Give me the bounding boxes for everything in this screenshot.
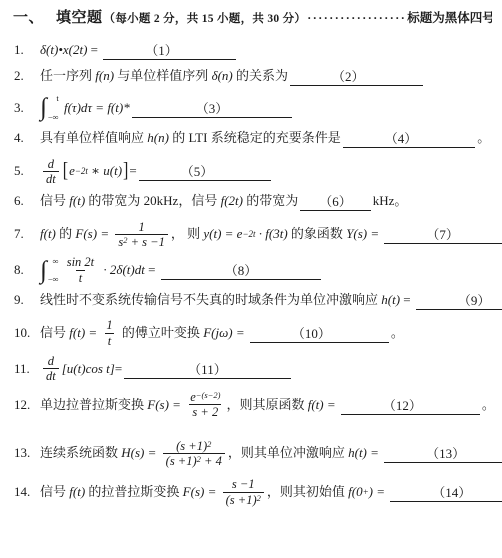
answer-blank: （7） xyxy=(384,228,502,244)
question-row: 8.∫∞−∞sin 2tt · 2δ(t)dt = （8） xyxy=(13,255,492,285)
question-number: 7. xyxy=(13,226,40,242)
answer-blank: （8） xyxy=(161,264,322,280)
integral-lower-limit: −∞ xyxy=(48,275,59,284)
answer-blank: （14） xyxy=(390,486,502,502)
blank-number: （13） xyxy=(424,447,467,462)
integral-sign: ∫ xyxy=(40,97,47,118)
integral-lower-limit: −∞ xyxy=(48,113,59,122)
superscript: 2 xyxy=(207,439,211,449)
answer-blank: （3） xyxy=(132,102,293,118)
section-title: 一、 填空题 （每小题 2 分，共 15 小题，共 30 分） ········… xyxy=(13,9,492,28)
text: 信号 xyxy=(40,325,69,341)
answer-blank: （12） xyxy=(341,399,480,415)
blank-line xyxy=(132,116,194,117)
blank-line xyxy=(492,308,502,309)
text: 的拉普拉斯变换 xyxy=(85,484,183,500)
question-body: ddt[e−2t ∗ u(t)]=（5） xyxy=(40,157,273,187)
fraction: (s +1)2(s +1)2 + 4 xyxy=(163,439,225,469)
math-expression: t xyxy=(108,334,111,348)
question-number: 14. xyxy=(13,484,40,500)
question-number: 6. xyxy=(13,193,40,209)
fraction-numerator: 1 xyxy=(135,220,147,234)
section-number: 一、 xyxy=(13,9,44,28)
blank-line xyxy=(259,278,321,279)
blank-number: （2） xyxy=(330,70,367,85)
text: = xyxy=(129,163,136,179)
text: 任一序列 xyxy=(40,68,95,84)
question-number: 12. xyxy=(13,397,40,413)
math-expression: y(t) = e xyxy=(203,226,242,242)
math-expression: 1 xyxy=(138,220,144,234)
math-expression: d xyxy=(48,157,54,171)
blank-line xyxy=(461,242,502,243)
math-expression: d xyxy=(48,354,54,368)
blank-line xyxy=(180,58,236,59)
fraction-denominator: s + 2 xyxy=(189,404,221,419)
blank-number: （4） xyxy=(383,132,420,147)
blank-line xyxy=(341,413,381,414)
math-expression: f(t) = xyxy=(69,325,100,341)
text: = xyxy=(87,42,101,58)
math-expression: f(2t) xyxy=(221,193,243,209)
text: 的 xyxy=(56,226,76,242)
fraction-denominator: (s +1)2 xyxy=(223,492,264,507)
integral: ∫∞−∞ xyxy=(40,257,59,284)
superscript: −(s−2) xyxy=(196,390,221,400)
question-row: 3.∫t−∞ f(τ)dτ = f(t)*（3） xyxy=(13,94,492,121)
text: 。 xyxy=(482,397,495,413)
blank-number: （11） xyxy=(186,363,229,378)
question-number: 5. xyxy=(13,163,40,179)
blank-line xyxy=(467,461,502,462)
math-expression: + s −1 xyxy=(127,235,164,249)
math-expression: f(τ)dτ = f(t)* xyxy=(61,100,130,116)
fraction-denominator: dt xyxy=(43,368,59,383)
math-expression: t xyxy=(79,271,82,285)
text: = xyxy=(400,292,414,308)
text: 的象函数 xyxy=(288,226,347,242)
question-number: 3. xyxy=(13,100,40,116)
text: 单边拉普拉斯变换 xyxy=(40,397,147,413)
math-expression: F(s) = xyxy=(75,226,112,242)
blank-number: （7） xyxy=(424,228,461,243)
blank-number: （9） xyxy=(456,294,493,309)
blank-line xyxy=(419,146,475,147)
text: 线性时不变系统传输信号不失真的时域条件为单位冲激响应 xyxy=(40,292,381,308)
question-number: 8. xyxy=(13,262,40,278)
math-expression: f(0 xyxy=(348,484,362,500)
question-row: 6.信号 f(t) 的带宽为 20kHz，信号 f(2t) 的带宽为（6）kHz… xyxy=(13,193,492,209)
question-row: 9.线性时不变系统传输信号不失真的时域条件为单位冲激响应 h(t) = （9） xyxy=(13,292,492,308)
text: 。 xyxy=(477,130,490,146)
fraction-denominator: (s +1)2 + 4 xyxy=(163,453,225,468)
math-expression: f(t) xyxy=(69,193,85,209)
bracket: [ xyxy=(63,158,68,185)
blank-line xyxy=(161,278,223,279)
blank-number: （6） xyxy=(317,195,354,210)
fraction-denominator: t xyxy=(76,270,85,285)
math-expression: h(t) xyxy=(381,292,400,308)
question-number: 10. xyxy=(13,325,40,341)
blank-line xyxy=(124,377,186,378)
blank-line xyxy=(473,500,502,501)
math-expression: (s +1) xyxy=(166,454,197,468)
math-expression: 1 xyxy=(106,318,112,332)
fraction-numerator: s −1 xyxy=(229,477,258,491)
blank-number: （14） xyxy=(430,486,473,501)
question-row: 12.单边拉普拉斯变换 F(s) = e−(s−2)s + 2，则其原函数 f(… xyxy=(13,390,492,420)
fraction-numerator: sin 2t xyxy=(64,255,97,269)
question-body: 任一序列 f(n) 与单位样值序列 δ(n) 的关系为（2） xyxy=(40,68,425,84)
answer-blank: （6） xyxy=(300,195,371,211)
blank-line xyxy=(424,413,480,414)
text: 的傅立叶变换 xyxy=(119,325,204,341)
blank-line xyxy=(384,461,424,462)
text: 连续系统函数 xyxy=(40,445,121,461)
question-body: ddt[u(t)cos t]=（11） xyxy=(40,354,293,384)
text: 的关系为 xyxy=(233,68,288,84)
math-expression: dt xyxy=(46,172,56,186)
question-body: 线性时不变系统传输信号不失真的时域条件为单位冲激响应 h(t) = （9） xyxy=(40,292,502,308)
math-expression: · 2δ(t)dt xyxy=(100,262,145,278)
question-body: 信号 f(t) 的带宽为 20kHz，信号 f(2t) 的带宽为（6）kHz。 xyxy=(40,193,407,209)
question-row: 11.ddt[u(t)cos t]=（11） xyxy=(13,354,492,384)
fraction: e−(s−2)s + 2 xyxy=(187,390,223,420)
answer-blank: （2） xyxy=(290,70,423,86)
exam-page: 一、 填空题 （每小题 2 分，共 15 小题，共 30 分） ········… xyxy=(0,0,502,558)
question-body: ∫t−∞ f(τ)dτ = f(t)*（3） xyxy=(40,94,294,121)
math-expression: s + 2 xyxy=(192,405,218,419)
blank-line xyxy=(103,58,143,59)
bracket: ] xyxy=(123,158,128,185)
fraction: sin 2tt xyxy=(64,255,97,285)
math-expression: δ(n) xyxy=(212,68,233,84)
question-body: 单边拉普拉斯变换 F(s) = e−(s−2)s + 2，则其原函数 f(t) … xyxy=(40,390,495,420)
answer-blank: （11） xyxy=(124,363,291,379)
blank-line xyxy=(367,84,423,85)
text: 的带宽为 20kHz，信号 xyxy=(85,193,220,209)
question-row: 1.δ(t)•x(2t) = （1） xyxy=(13,42,492,58)
math-expression: h(n) xyxy=(147,130,169,146)
blank-line xyxy=(290,84,330,85)
blank-line xyxy=(230,116,292,117)
question-row: 7.f(t) 的 F(s) = 1s2 + s −1， 则 y(t) = e−2… xyxy=(13,220,492,250)
text: 具有单位样值响应 xyxy=(40,130,147,146)
math-expression: f(t) = xyxy=(308,397,339,413)
superscript: 2 xyxy=(257,493,261,503)
question-number: 4. xyxy=(13,130,40,146)
blank-line xyxy=(390,500,430,501)
question-row: 10.信号 f(t) = 1t 的傅立叶变换 F(jω) = （10）。 xyxy=(13,318,492,348)
text: 与单位样值序列 xyxy=(114,68,212,84)
blank-number: （3） xyxy=(194,102,231,117)
question-row: 14.信号 f(t) 的拉普拉斯变换 F(s) = s −1(s +1)2，则其… xyxy=(13,477,492,507)
blank-line xyxy=(250,341,290,342)
fraction: 1t xyxy=(103,318,115,348)
blank-line xyxy=(354,209,371,210)
fraction: ddt xyxy=(43,354,59,384)
fraction-numerator: d xyxy=(45,354,57,368)
math-expression: [u(t)cos t] xyxy=(62,361,115,377)
blank-line xyxy=(229,377,291,378)
math-expression: h(t) = xyxy=(348,445,382,461)
fraction: s −1(s +1)2 xyxy=(223,477,264,507)
answer-blank: （10） xyxy=(250,327,389,343)
question-row: 4.具有单位样值响应 h(n) 的 LTI 系统稳定的充要条件是（4）。 xyxy=(13,130,492,146)
text: ，则其单位冲激响应 xyxy=(228,445,348,461)
blank-number: （12） xyxy=(381,399,424,414)
blank-line xyxy=(333,341,389,342)
answer-blank: （5） xyxy=(139,165,272,181)
text: 。 xyxy=(391,325,404,341)
question-body: 连续系统函数 H(s) = (s +1)2(s +1)2 + 4，则其单位冲激响… xyxy=(40,439,502,469)
question-body: δ(t)•x(2t) = （1） xyxy=(40,42,238,58)
question-body: 信号 f(t) = 1t 的傅立叶变换 F(jω) = （10）。 xyxy=(40,318,404,348)
math-expression: δ(t)•x(2t) xyxy=(40,42,87,58)
blank-line xyxy=(416,308,456,309)
math-expression: (s +1) xyxy=(226,493,257,507)
question-body: f(t) 的 F(s) = 1s2 + s −1， 则 y(t) = e−2t … xyxy=(40,220,502,250)
text: ， 则 xyxy=(171,226,204,242)
math-expression: e xyxy=(69,163,75,179)
text: 信号 xyxy=(40,193,69,209)
answer-blank: （13） xyxy=(384,447,502,463)
math-expression: H(s) = xyxy=(121,445,159,461)
question-number: 13. xyxy=(13,445,40,461)
answer-blank: （4） xyxy=(343,132,476,148)
text: ，则其原函数 xyxy=(226,397,307,413)
integral-sign: ∫ xyxy=(40,260,47,281)
math-expression: f(t) xyxy=(69,484,85,500)
question-number: 1. xyxy=(13,42,40,58)
question-row: 13.连续系统函数 H(s) = (s +1)2(s +1)2 + 4，则其单位… xyxy=(13,439,492,469)
math-expression: sin 2t xyxy=(67,255,94,269)
blank-number: （1） xyxy=(143,44,180,59)
text: 的 LTI 系统稳定的充要条件是 xyxy=(169,130,341,146)
answer-blank: （1） xyxy=(103,44,236,60)
blank-number: （5） xyxy=(179,165,216,180)
fraction-denominator: s2 + s −1 xyxy=(115,234,168,249)
question-row: 5.ddt[e−2t ∗ u(t)]=（5） xyxy=(13,157,492,187)
fraction-denominator: dt xyxy=(43,171,59,186)
blank-line xyxy=(343,146,383,147)
fraction-numerator: 1 xyxy=(103,318,115,332)
math-expression: Y(s) = xyxy=(346,226,382,242)
format-note: 标题为黑体四号 xyxy=(407,11,492,27)
math-expression: f(t) xyxy=(40,226,56,242)
question-number: 2. xyxy=(13,68,40,84)
math-expression: f(n) xyxy=(95,68,114,84)
integral-limits: ∞−∞ xyxy=(48,257,59,284)
answer-blank: （9） xyxy=(416,294,502,310)
math-expression: + 4 xyxy=(201,454,222,468)
math-expression: (s +1) xyxy=(176,439,207,453)
blank-line xyxy=(215,179,271,180)
math-expression: F(jω) = xyxy=(203,325,248,341)
math-expression: ∗ u(t) xyxy=(88,163,122,179)
math-expression: ) = xyxy=(369,484,389,500)
integral: ∫t−∞ xyxy=(40,94,59,121)
text: 的带宽为 xyxy=(243,193,298,209)
text: ，则其初始值 xyxy=(267,484,348,500)
integral-upper-limit: t xyxy=(56,94,58,103)
blank-line xyxy=(139,179,179,180)
blank-line xyxy=(300,209,317,210)
dot-leader: ·················· xyxy=(307,11,406,26)
fraction-numerator: e−(s−2) xyxy=(187,390,223,404)
text: kHz。 xyxy=(373,193,408,209)
question-number: 9. xyxy=(13,292,40,308)
section-heading: 填空题 xyxy=(56,9,103,28)
question-body: ∫∞−∞sin 2tt · 2δ(t)dt = （8） xyxy=(40,255,323,285)
text: = xyxy=(115,361,122,377)
blank-number: （8） xyxy=(223,264,260,279)
math-expression: s −1 xyxy=(232,477,255,491)
fraction-numerator: (s +1)2 xyxy=(173,439,214,453)
question-row: 2.任一序列 f(n) 与单位样值序列 δ(n) 的关系为（2） xyxy=(13,68,492,84)
integral-limits: t−∞ xyxy=(48,94,59,121)
blank-number: （10） xyxy=(290,327,333,342)
blank-line xyxy=(384,242,424,243)
integral-upper-limit: ∞ xyxy=(53,257,59,266)
section-subtitle: （每小题 2 分，共 15 小题，共 30 分） xyxy=(104,12,307,26)
math-expression: · f(3t) xyxy=(256,226,288,242)
text: 信号 xyxy=(40,484,69,500)
math-expression: dt xyxy=(46,369,56,383)
math-expression: F(s) = xyxy=(183,484,220,500)
question-body: 具有单位样值响应 h(n) 的 LTI 系统稳定的充要条件是（4）。 xyxy=(40,130,490,146)
fraction-denominator: t xyxy=(105,333,114,348)
question-number: 11. xyxy=(13,361,40,377)
text: = xyxy=(145,262,159,278)
fraction: 1s2 + s −1 xyxy=(115,220,168,250)
fraction: ddt xyxy=(43,157,59,187)
fraction-numerator: d xyxy=(45,157,57,171)
question-body: 信号 f(t) 的拉普拉斯变换 F(s) = s −1(s +1)2，则其初始值… xyxy=(40,477,502,507)
math-expression: F(s) = xyxy=(147,397,184,413)
question-list: 1.δ(t)•x(2t) = （1）2.任一序列 f(n) 与单位样值序列 δ(… xyxy=(13,42,492,507)
